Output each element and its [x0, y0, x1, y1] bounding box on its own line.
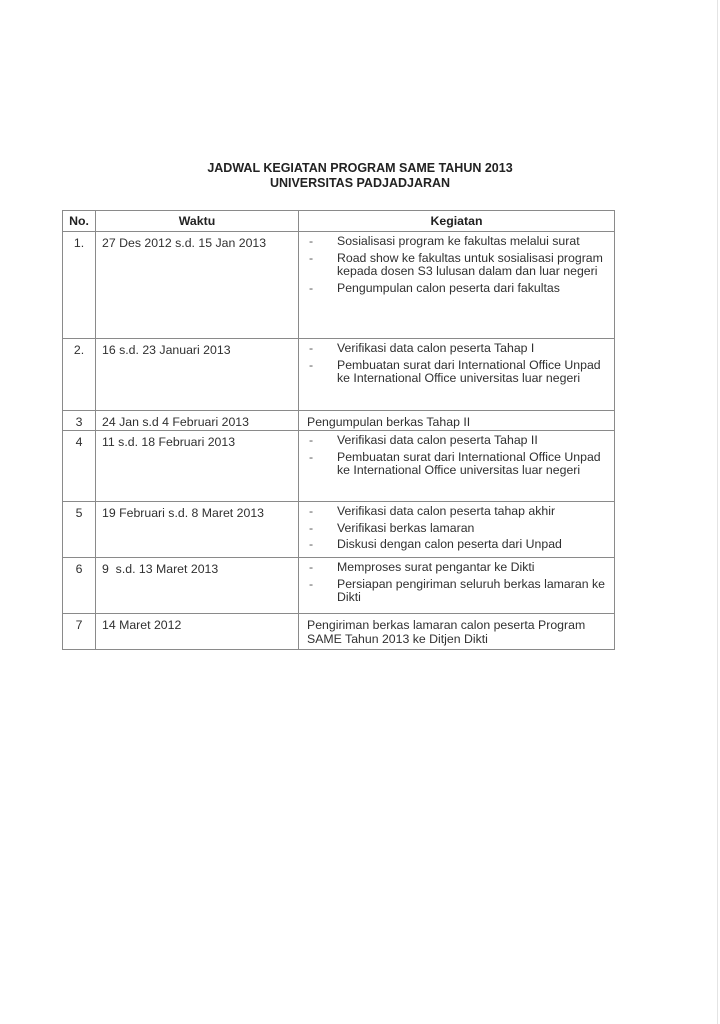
table-header-row: No. Waktu Kegiatan	[63, 211, 615, 232]
row-kegiatan: Pengiriman berkas lamaran calon peserta …	[299, 614, 615, 650]
table-row: 6 9 s.d. 13 Maret 2013 Memproses surat p…	[63, 558, 615, 614]
header-no: No.	[63, 211, 96, 232]
row-no: 6	[63, 558, 96, 614]
kegiatan-item: Persiapan pengiriman seluruh berkas lama…	[307, 578, 610, 605]
kegiatan-item: Road show ke fakultas untuk sosialisasi …	[307, 252, 610, 279]
title-line-1: JADWAL KEGIATAN PROGRAM SAME TAHUN 2013	[0, 161, 720, 176]
row-no: 2.	[63, 339, 96, 411]
row-waktu: 14 Maret 2012	[96, 614, 299, 650]
row-kegiatan: Verifikasi data calon peserta tahap akhi…	[299, 502, 615, 558]
kegiatan-item: Verifikasi data calon peserta Tahap II	[307, 434, 610, 448]
schedule-table: No. Waktu Kegiatan 1. 27 Des 2012 s.d. 1…	[62, 210, 615, 650]
row-no: 4	[63, 431, 96, 502]
kegiatan-item: Pembuatan surat dari International Offic…	[307, 359, 610, 386]
row-kegiatan: Memproses surat pengantar ke Dikti Persi…	[299, 558, 615, 614]
scan-page-edge	[717, 0, 718, 1024]
kegiatan-item: Verifikasi berkas lamaran	[307, 522, 610, 536]
header-waktu: Waktu	[96, 211, 299, 232]
kegiatan-item: Verifikasi data calon peserta tahap akhi…	[307, 505, 610, 519]
kegiatan-item: Memproses surat pengantar ke Dikti	[307, 561, 610, 575]
row-kegiatan: Sosialisasi program ke fakultas melalui …	[299, 232, 615, 339]
document-title: JADWAL KEGIATAN PROGRAM SAME TAHUN 2013 …	[0, 161, 720, 191]
table-row: 4 11 s.d. 18 Februari 2013 Verifikasi da…	[63, 431, 615, 502]
table-row: 2. 16 s.d. 23 Januari 2013 Verifikasi da…	[63, 339, 615, 411]
row-kegiatan: Verifikasi data calon peserta Tahap I Pe…	[299, 339, 615, 411]
kegiatan-item: Diskusi dengan calon peserta dari Unpad	[307, 538, 610, 552]
table-row: 5 19 Februari s.d. 8 Maret 2013 Verifika…	[63, 502, 615, 558]
row-waktu: 19 Februari s.d. 8 Maret 2013	[96, 502, 299, 558]
row-kegiatan: Pengumpulan berkas Tahap II	[299, 411, 615, 431]
header-kegiatan: Kegiatan	[299, 211, 615, 232]
kegiatan-item: Pengumpulan calon peserta dari fakultas	[307, 282, 610, 296]
kegiatan-item: Sosialisasi program ke fakultas melalui …	[307, 235, 610, 249]
row-no: 3	[63, 411, 96, 431]
table-row: 3 24 Jan s.d 4 Februari 2013 Pengumpulan…	[63, 411, 615, 431]
row-waktu: 11 s.d. 18 Februari 2013	[96, 431, 299, 502]
row-no: 7	[63, 614, 96, 650]
row-waktu: 24 Jan s.d 4 Februari 2013	[96, 411, 299, 431]
title-line-2: UNIVERSITAS PADJADJARAN	[0, 176, 720, 191]
kegiatan-item: Verifikasi data calon peserta Tahap I	[307, 342, 610, 356]
table-row: 1. 27 Des 2012 s.d. 15 Jan 2013 Sosialis…	[63, 232, 615, 339]
row-no: 1.	[63, 232, 96, 339]
row-waktu: 9 s.d. 13 Maret 2013	[96, 558, 299, 614]
row-waktu: 16 s.d. 23 Januari 2013	[96, 339, 299, 411]
kegiatan-item: Pembuatan surat dari International Offic…	[307, 451, 610, 478]
row-waktu: 27 Des 2012 s.d. 15 Jan 2013	[96, 232, 299, 339]
row-kegiatan: Verifikasi data calon peserta Tahap II P…	[299, 431, 615, 502]
row-no: 5	[63, 502, 96, 558]
table-row: 7 14 Maret 2012 Pengiriman berkas lamara…	[63, 614, 615, 650]
